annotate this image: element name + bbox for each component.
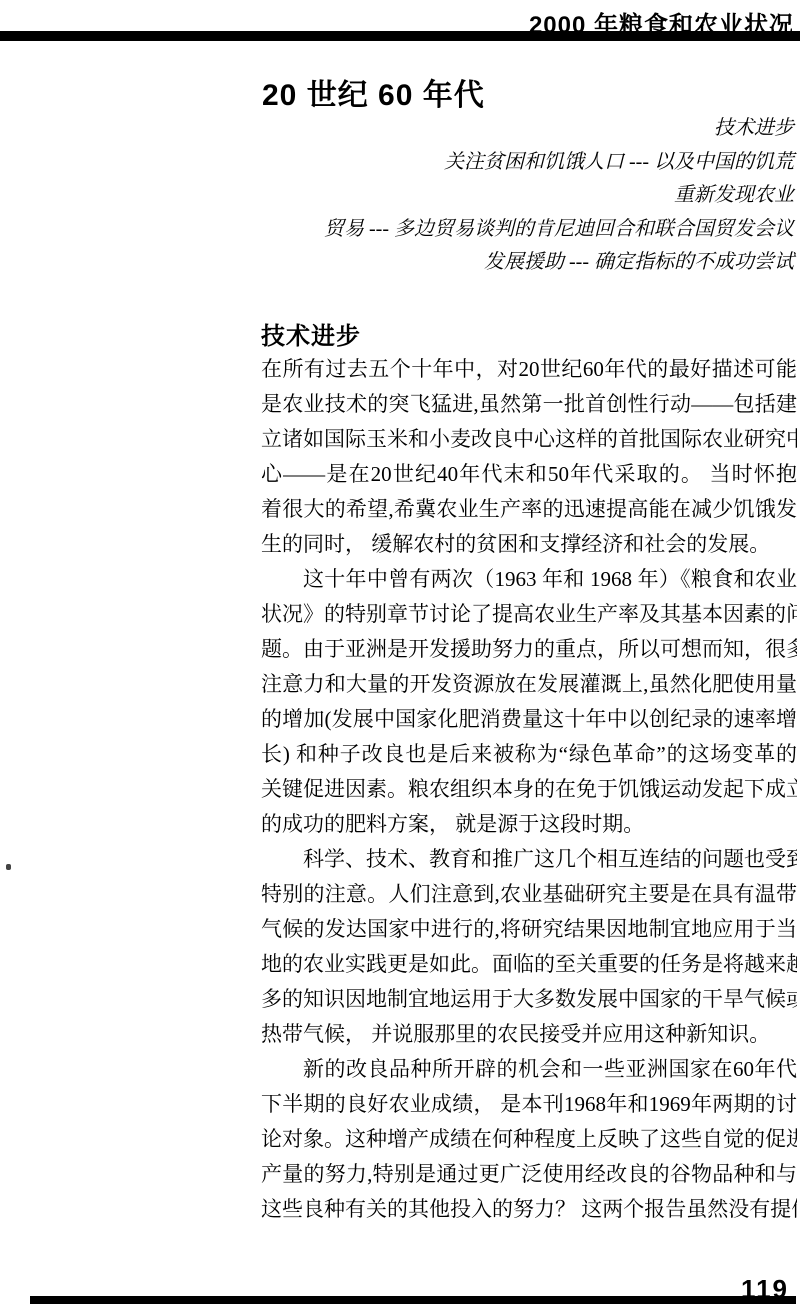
body-line: 的增加(发展中国家化肥消费量这十年中以创纪录的速率增	[261, 702, 797, 737]
topic-line: 关注贫困和饥饿人口 --- 以及中国的饥荒	[324, 146, 794, 180]
body-line: 产量的努力,特别是通过更广泛使用经改良的谷物品种和与	[261, 1157, 797, 1192]
body-line: 注意力和大量的开发资源放在发展灌溉上,虽然化肥使用量	[261, 667, 797, 702]
section-heading: 技术进步	[261, 316, 361, 351]
body-line: 特别的注意。人们注意到,农业基础研究主要是在具有温带	[261, 877, 797, 912]
paragraph: 科学、技术、教育和推广这几个相互连结的问题也受到特别的注意。人们注意到,农业基础…	[261, 842, 797, 1052]
body-text: 在所有过去五个十年中，对20世纪60年代的最好描述可能是农业技术的突飞猛进,虽然…	[261, 352, 797, 1227]
paragraph: 新的改良品种所开辟的机会和一些亚洲国家在60年代下半期的良好农业成绩， 是本刊1…	[261, 1052, 797, 1227]
body-line: 多的知识因地制宜地运用于大多数发展中国家的干旱气候或	[261, 982, 797, 1017]
margin-mark	[6, 864, 11, 870]
chapter-title: 20 世纪 60 年代	[262, 70, 485, 114]
body-line: 在所有过去五个十年中，对20世纪60年代的最好描述可能	[261, 352, 797, 387]
topic-line: 重新发现农业	[324, 179, 794, 213]
body-line: 心——是在20世纪40年代末和50年代采取的。 当时怀抱	[261, 457, 797, 492]
paragraph: 这十年中曾有两次（1963 年和 1968 年）《粮食和农业状况》的特别章节讨论…	[261, 562, 797, 842]
topic-line: 技术进步	[324, 112, 794, 146]
body-line: 立诸如国际玉米和小麦改良中心这样的首批国际农业研究中	[261, 422, 797, 457]
body-line: 状况》的特别章节讨论了提高农业生产率及其基本因素的问	[261, 597, 797, 632]
body-line: 关键促进因素。粮农组织本身的在免于饥饿运动发起下成立	[261, 772, 797, 807]
body-line: 论对象。这种增产成绩在何种程度上反映了这些自觉的促进	[261, 1122, 797, 1157]
body-line: 下半期的良好农业成绩， 是本刊1968年和1969年两期的讨	[261, 1087, 797, 1122]
body-line: 这十年中曾有两次（1963 年和 1968 年）《粮食和农业	[261, 562, 797, 597]
body-line: 是农业技术的突飞猛进,虽然第一批首创性行动——包括建	[261, 387, 797, 422]
body-line: 地的农业实践更是如此。面临的至关重要的任务是将越来越	[261, 947, 797, 982]
topic-line: 贸易 --- 多边贸易谈判的肯尼迪回合和联合国贸发会议	[324, 213, 794, 247]
body-line: 气候的发达国家中进行的,将研究结果因地制宜地应用于当	[261, 912, 797, 947]
body-line: 的成功的肥料方案， 就是源于这段时期。	[261, 807, 797, 842]
header-rule	[0, 31, 800, 41]
book-page: 2000 年粮食和农业状况 20 世纪 60 年代 技术进步关注贫困和饥饿人口 …	[0, 0, 800, 1304]
footer-rule	[30, 1296, 796, 1304]
body-line: 长) 和种子改良也是后来被称为“绿色革命”的这场变革的	[261, 737, 797, 772]
body-line: 新的改良品种所开辟的机会和一些亚洲国家在60年代	[261, 1052, 797, 1087]
body-line: 这些良种有关的其他投入的努力？ 这两个报告虽然没有提供	[261, 1192, 797, 1227]
topic-line: 发展援助 --- 确定指标的不成功尝试	[324, 246, 794, 280]
body-line: 科学、技术、教育和推广这几个相互连结的问题也受到	[261, 842, 797, 877]
paragraph: 在所有过去五个十年中，对20世纪60年代的最好描述可能是农业技术的突飞猛进,虽然…	[261, 352, 797, 562]
body-line: 着很大的希望,希冀农业生产率的迅速提高能在减少饥饿发	[261, 492, 797, 527]
body-line: 生的同时， 缓解农村的贫困和支撑经济和社会的发展。	[261, 527, 797, 562]
body-line: 热带气候， 并说服那里的农民接受并应用这种新知识。	[261, 1017, 797, 1052]
chapter-topic-list: 技术进步关注贫困和饥饿人口 --- 以及中国的饥荒重新发现农业贸易 --- 多边…	[324, 112, 794, 280]
body-line: 题。由于亚洲是开发援助努力的重点，所以可想而知，很多	[261, 632, 797, 667]
